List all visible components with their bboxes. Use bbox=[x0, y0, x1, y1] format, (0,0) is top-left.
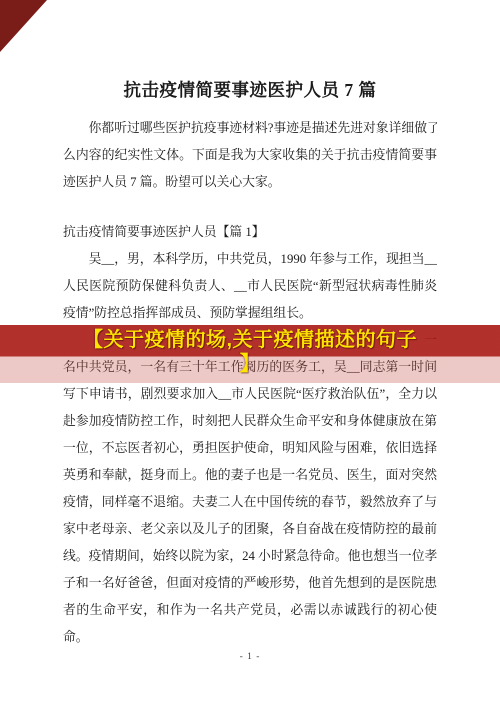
section-heading: 抗击疫情简要事迹医护人员【篇 1】 bbox=[63, 219, 437, 246]
page-number-footer: - 1 - bbox=[0, 652, 500, 662]
document-page: 抗击疫情简要事迹医护人员 7 篇 你都听过哪些医护抗疫事迹材料?事迹是描述先进对… bbox=[0, 0, 500, 706]
text-line: 赴参加疫情防控工作，时刻把人民群众生命平安和身体健康放在第 bbox=[63, 408, 437, 435]
text-line: 一位，不忘医者初心，勇担医护使命，明知风险与困难，依旧选择 bbox=[63, 435, 437, 462]
text-line: 么内容的纪实性文体。下面是我为大家收集的关于抗击疫情简要事 bbox=[63, 142, 437, 169]
text-line: 写下申请书，剧烈要求加入__市人民医院“医疗救治队伍”，全力以 bbox=[63, 381, 437, 408]
banner-text-line-1: 【关于疫情的场,关于疫情描述的句子 bbox=[83, 328, 417, 352]
story-paragraph-1: 吴__，男，本科学历，中共党员，1990 年参与工作，现担当__市人民医院预防保… bbox=[63, 246, 437, 327]
text-line: 子和一名好爸爸，但面对疫情的严峻形势，他首先想到的是医院患 bbox=[63, 570, 437, 597]
text-line: 英勇和奉献，挺身而上。他的妻子也是一名党员、医生，面对突然 bbox=[63, 462, 437, 489]
text-line: 疫情，同样毫不退缩。夫妻二人在中国传统的春节，毅然放弃了与 bbox=[63, 489, 437, 516]
corner-ribbon bbox=[0, 0, 47, 52]
text-line: 吴__，男，本科学历，中共党员，1990 年参与工作，现担当__市 bbox=[63, 246, 437, 273]
text-line: 迹医护人员 7 篇。盼望可以关心大家。 bbox=[63, 169, 437, 196]
text-line: 者的生命平安，和作为一名共产党员，必需以赤诚践行的初心使 bbox=[63, 597, 437, 624]
text-line: 你都听过哪些医护抗疫事迹材料?事迹是描述先进对象详细做了什 bbox=[63, 115, 437, 142]
document-body: 你都听过哪些医护抗疫事迹材料?事迹是描述先进对象详细做了什么内容的纪实性文体。下… bbox=[63, 115, 437, 651]
document-title: 抗击疫情简要事迹医护人员 7 篇 bbox=[63, 78, 437, 102]
text-line: 疫情”防控总指挥部成员、预防掌握组组长。 bbox=[63, 300, 437, 327]
banner-text-line-2: 】 bbox=[240, 352, 261, 376]
intro-paragraph: 你都听过哪些医护抗疫事迹材料?事迹是描述先进对象详细做了什么内容的纪实性文体。下… bbox=[63, 115, 437, 196]
text-line: 家中老母亲、老父亲以及儿子的团聚，各自奋战在疫情防控的最前 bbox=[63, 516, 437, 543]
text-line: 线。疫情期间，始终以院为家，24 小时紧急待命。他也想当一位孝 bbox=[63, 543, 437, 570]
text-line: 人民医院预防保健科负责人、__市人民医院“新型冠状病毒性肺炎 bbox=[63, 273, 437, 300]
text-line: 命。 bbox=[63, 624, 437, 651]
overlay-banner: 【关于疫情的场,关于疫情描述的句子 】 bbox=[0, 325, 500, 383]
